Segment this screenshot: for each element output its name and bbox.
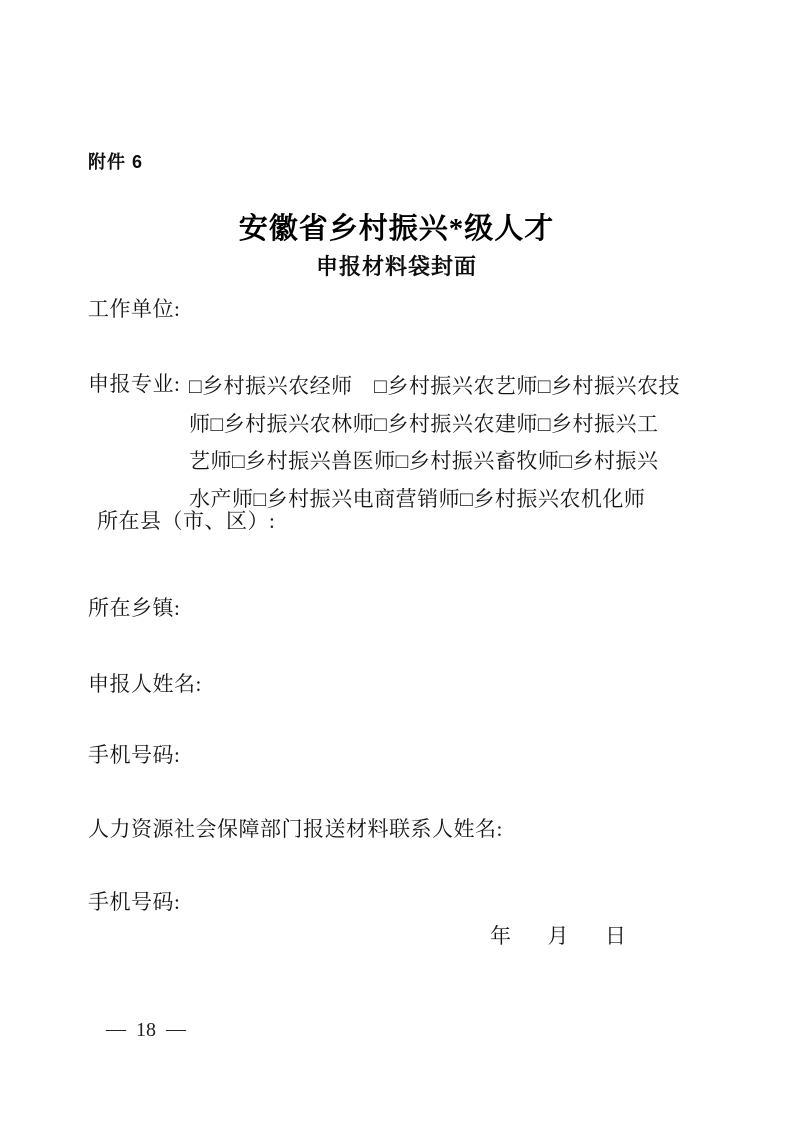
date-signature-line: 年 月 日 — [490, 920, 627, 950]
document-title: 安徽省乡村振兴*级人才 — [0, 206, 793, 247]
date-month-label: 月 — [548, 920, 570, 950]
major-checkbox-line-3: 艺师□乡村振兴兽医师□乡村振兴畜牧师□乡村振兴 — [189, 443, 680, 481]
field-label-hr-contact-name: 人力资源社会保障部门报送材料联系人姓名: — [88, 813, 503, 843]
major-checkbox-line-1: □乡村振兴农经师 □乡村振兴农艺师□乡村振兴农技 — [189, 368, 680, 406]
field-label-township: 所在乡镇: — [88, 592, 180, 622]
field-label-mobile-number-2: 手机号码: — [88, 886, 180, 916]
page-number: — 18 — — [106, 1019, 186, 1042]
field-label-major: 申报专业: — [88, 368, 180, 398]
document-subtitle: 申报材料袋封面 — [0, 250, 793, 281]
field-label-mobile-number-1: 手机号码: — [88, 739, 180, 769]
major-checkbox-options: □乡村振兴农经师 □乡村振兴农艺师□乡村振兴农技 师□乡村振兴农林师□乡村振兴农… — [189, 368, 680, 518]
page-number-dash-left: — — [106, 1018, 126, 1041]
field-label-work-unit: 工作单位: — [88, 293, 180, 323]
field-label-applicant-name: 申报人姓名: — [88, 668, 202, 698]
document-page: 附件 6 安徽省乡村振兴*级人才 申报材料袋封面 工作单位: 申报专业: □乡村… — [0, 0, 793, 1122]
page-number-value: 18 — [136, 1019, 156, 1042]
attachment-label: 附件 6 — [88, 148, 143, 174]
major-checkbox-line-2: 师□乡村振兴农林师□乡村振兴农建师□乡村振兴工 — [189, 406, 680, 444]
field-label-county: 所在县（市、区）: — [97, 505, 275, 535]
page-number-dash-right: — — [166, 1018, 186, 1041]
date-day-label: 日 — [605, 920, 627, 950]
date-year-label: 年 — [490, 920, 512, 950]
